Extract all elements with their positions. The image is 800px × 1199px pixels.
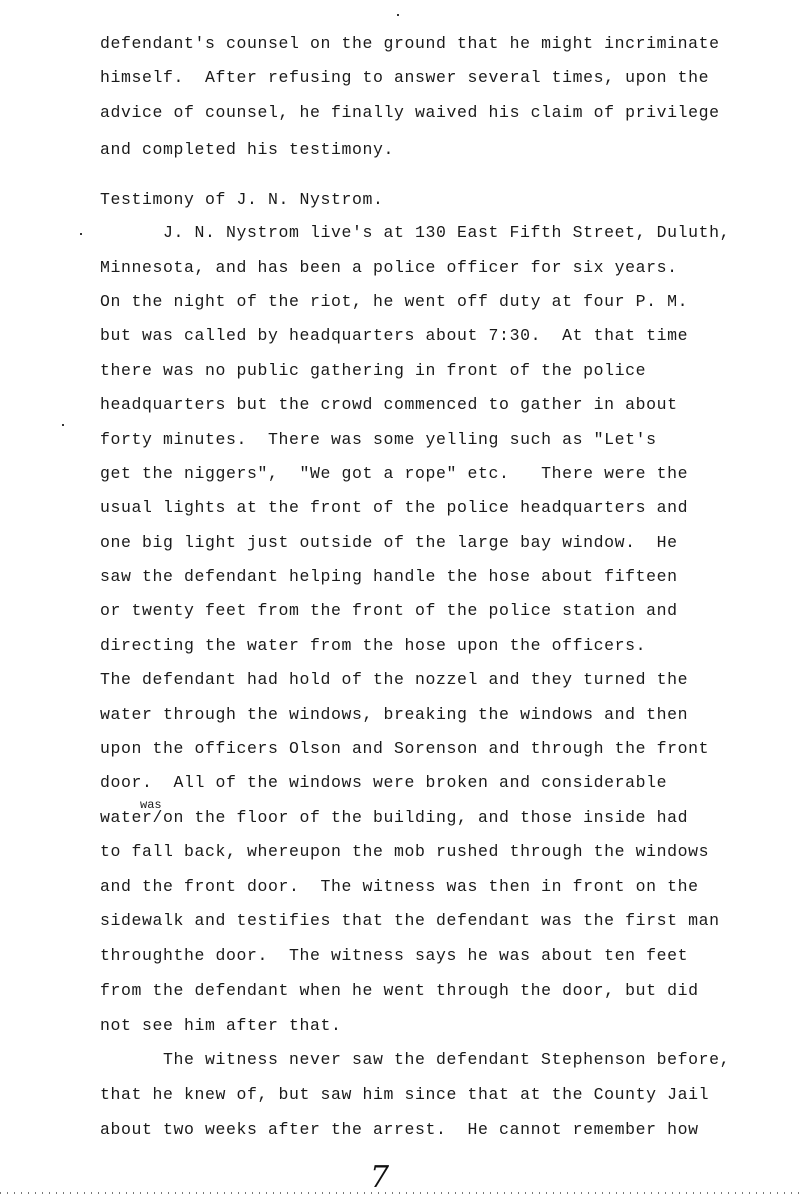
text-line: from the defendant when he went through … [100, 981, 699, 1001]
text-line: advice of counsel, he finally waived his… [100, 103, 720, 123]
text-line: defendant's counsel on the ground that h… [100, 34, 720, 54]
handwritten-page-number: 7 [370, 1160, 389, 1195]
text-line: sidewalk and testifies that the defendan… [100, 911, 720, 931]
text-line: but was called by headquarters about 7:3… [100, 326, 688, 346]
scan-speck [62, 424, 64, 426]
text-line: On the night of the riot, he went off du… [100, 292, 688, 312]
text-line: headquarters but the crowd commenced to … [100, 395, 678, 415]
scan-edge-dots [0, 1192, 800, 1194]
text-line: saw the defendant helping handle the hos… [100, 567, 678, 587]
text-line: water through the windows, breaking the … [100, 705, 688, 725]
text-line: to fall back, whereupon the mob rushed t… [100, 842, 709, 862]
section-heading: Testimony of J. N. Nystrom. [100, 190, 384, 210]
text-line: that he knew of, but saw him since that … [100, 1085, 709, 1105]
text-line: throughthe door. The witness says he was… [100, 946, 688, 966]
text-line: not see him after that. [100, 1016, 342, 1036]
text-line: himself. After refusing to answer severa… [100, 68, 709, 88]
text-line: there was no public gathering in front o… [100, 361, 646, 381]
text-line: about two weeks after the arrest. He can… [100, 1120, 699, 1140]
scan-speck [397, 14, 399, 16]
text-line: one big light just outside of the large … [100, 533, 678, 553]
text-line: or twenty feet from the front of the pol… [100, 601, 678, 621]
text-line: The witness never saw the defendant Step… [163, 1050, 730, 1070]
text-line: J. N. Nystrom live's at 130 East Fifth S… [163, 223, 730, 243]
text-line: and completed his testimony. [100, 140, 394, 160]
text-line: water/on the floor of the building, and … [100, 808, 688, 828]
text-line: forty minutes. There was some yelling su… [100, 430, 657, 450]
text-line: directing the water from the hose upon t… [100, 636, 646, 656]
text-line: get the niggers", "We got a rope" etc. T… [100, 464, 688, 484]
text-line: and the front door. The witness was then… [100, 877, 699, 897]
text-line: Minnesota, and has been a police officer… [100, 258, 678, 278]
text-line: The defendant had hold of the nozzel and… [100, 670, 688, 690]
scan-speck [80, 233, 82, 235]
document-page: defendant's counsel on the ground that h… [0, 0, 800, 1199]
text-line: door. All of the windows were broken and… [100, 773, 667, 793]
text-line: usual lights at the front of the police … [100, 498, 688, 518]
text-line: upon the officers Olson and Sorenson and… [100, 739, 709, 759]
